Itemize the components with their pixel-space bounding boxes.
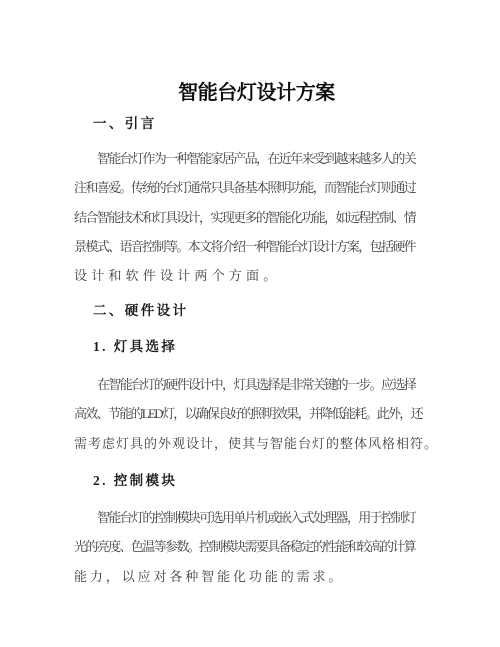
- paragraph-control-module: 智能台灯的控制模块可选用单片机或嵌入式处理器，用于控制灯 光的亮度、色温等参数。…: [74, 503, 415, 591]
- text-line: 光的亮度、色温等参数。控制模块需要具备稳定的性能和较高的计算: [74, 532, 415, 561]
- text-line: 智能台灯作为一种智能家居产品，在近年来受到越来越多人的关: [74, 144, 415, 173]
- text-line: 注和喜爱。传统的台灯通常只具备基本照明功能，而智能台灯则通过: [74, 173, 415, 202]
- text-line: 景模式、语音控制等。本文将介绍一种智能台灯设计方案，包括硬件: [74, 232, 415, 261]
- subsection-heading-lamp-selection: 1. 灯具选择: [93, 339, 177, 354]
- text-line: 结合智能技术和灯具设计，实现更多的智能化功能，如远程控制、情: [74, 203, 415, 232]
- text-line: 智能台灯的控制模块可选用单片机或嵌入式处理器，用于控制灯: [74, 503, 415, 532]
- paragraph-lamp-selection: 在智能台灯的硬件设计中，灯具选择是非常关键的一步。应选择 高效、节能的LED灯，…: [74, 370, 415, 458]
- text-line: 需考虑灯具的外观设计，使其与智能台灯的整体风格相符。: [74, 429, 415, 458]
- text-line: 在智能台灯的硬件设计中，灯具选择是非常关键的一步。应选择: [74, 370, 415, 399]
- paragraph-intro: 智能台灯作为一种智能家居产品，在近年来受到越来越多人的关 注和喜爱。传统的台灯通…: [74, 144, 415, 291]
- section-heading-intro: 一、引言: [93, 116, 157, 131]
- text-line: 高效、节能的LED灯，以确保良好的照明效果，并降低能耗。此外，还: [74, 399, 415, 428]
- text-line: 设计和软件设计两个方面。: [74, 261, 415, 290]
- document-title: 智能台灯设计方案: [13, 82, 500, 104]
- document-page: 智能台灯设计方案 一、引言 智能台灯作为一种智能家居产品，在近年来受到越来越多人…: [0, 0, 500, 647]
- subsection-heading-control-module: 2. 控制模块: [93, 473, 177, 488]
- section-heading-hardware: 二、硬件设计: [93, 303, 188, 318]
- text-line: 能力，以应对各种智能化功能的需求。: [74, 562, 415, 591]
